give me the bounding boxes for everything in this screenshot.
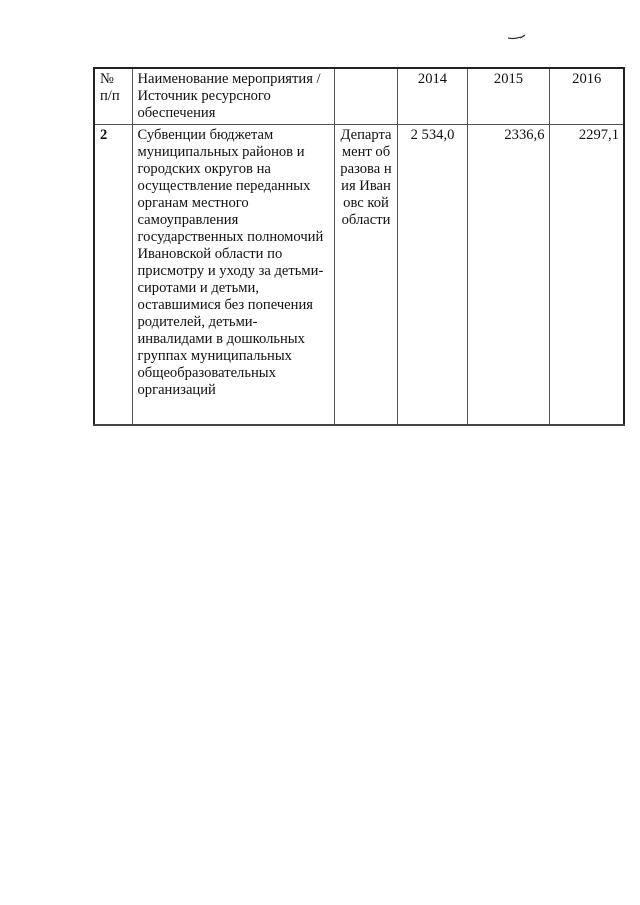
- header-year-2016: 2016: [549, 68, 624, 125]
- funding-table: № п/п Наименование мероприятия / Источни…: [93, 67, 625, 426]
- row-value-2016: 2297,1: [549, 125, 624, 426]
- row-number: 2: [94, 125, 132, 426]
- header-source: [334, 68, 397, 125]
- row-name: Субвенции бюджетам муниципальных районов…: [132, 125, 334, 426]
- row-value-2015: 2336,6: [467, 125, 549, 426]
- row-source: Департа мент образова ния Ивановс кой об…: [334, 125, 397, 426]
- table-header-row: № п/п Наименование мероприятия / Источни…: [94, 68, 624, 125]
- header-year-2014: 2014: [397, 68, 467, 125]
- row-value-2014: 2 534,0: [397, 125, 467, 426]
- handwritten-mark-icon: [508, 34, 528, 40]
- header-number: № п/п: [94, 68, 132, 125]
- header-year-2015: 2015: [467, 68, 549, 125]
- table-row: 2 Субвенции бюджетам муниципальных район…: [94, 125, 624, 426]
- header-name: Наименование мероприятия / Источник ресу…: [132, 68, 334, 125]
